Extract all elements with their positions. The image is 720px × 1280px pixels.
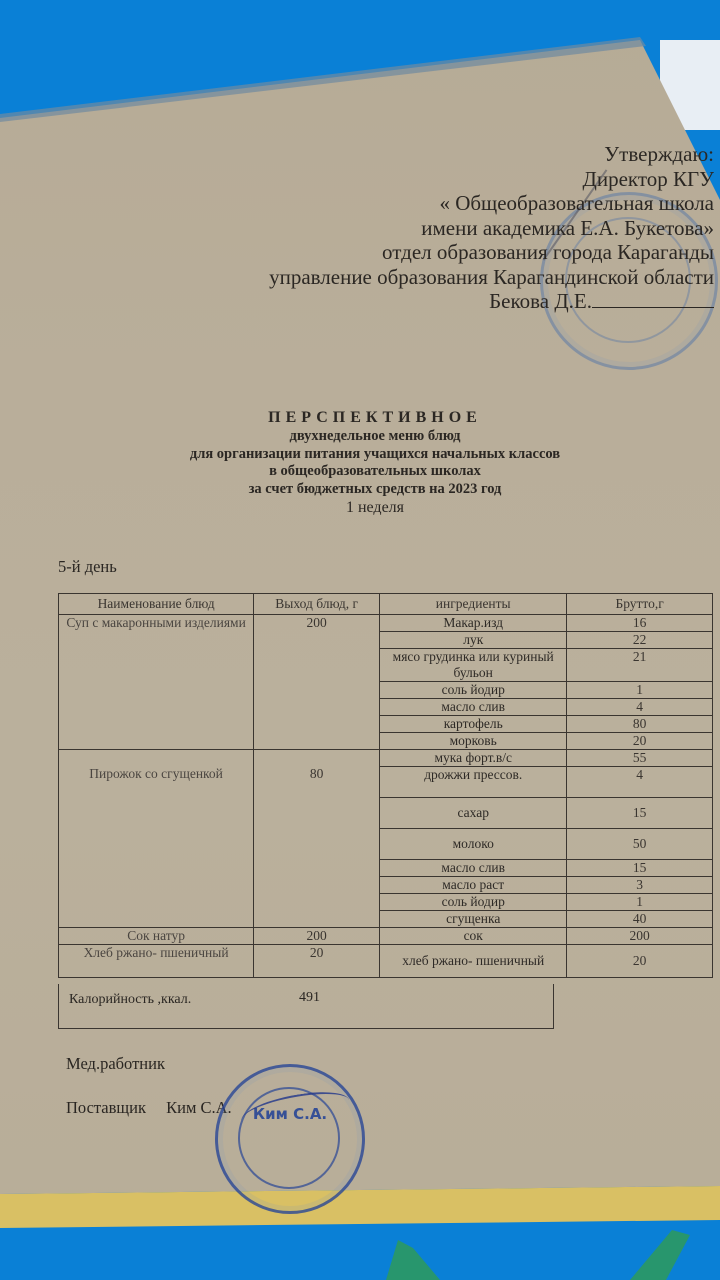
approval-block: Утверждаю: Директор КГУ « Общеобразовате… xyxy=(269,142,714,314)
dish-yield-cell: 20 xyxy=(254,945,380,978)
title-line: за счет бюджетных средств на 2023 год xyxy=(150,481,600,499)
table-row: Суп с макаронными изделиями200Макар.изд1… xyxy=(59,615,713,632)
approval-line: Утверждаю: xyxy=(269,142,714,167)
title-main: ПЕРСПЕКТИВНОЕ xyxy=(150,408,600,428)
approval-line: Директор КГУ xyxy=(269,167,714,192)
ingredient-gross-cell: 200 xyxy=(567,928,713,945)
ingredient-name-cell: соль йодир xyxy=(380,894,567,911)
ingredient-name-cell: мясо грудинка или куриный бульон xyxy=(380,649,567,682)
ingredient-gross-cell: 15 xyxy=(567,860,713,877)
plant-leaf xyxy=(380,1240,440,1280)
supplier-label: Поставщик xyxy=(66,1098,146,1117)
calorie-label: Калорийность ,ккал. xyxy=(69,992,191,1008)
ingredient-gross-cell: 80 xyxy=(567,716,713,733)
ingredient-name-cell: масло раст xyxy=(380,877,567,894)
ingredient-name-cell: хлеб ржано- пшеничный xyxy=(380,945,567,978)
signature-line xyxy=(592,289,714,308)
plant-leaf xyxy=(630,1230,690,1280)
header-ingredients: ингредиенты xyxy=(380,594,567,615)
signatory-name: Бекова Д.Е. xyxy=(489,289,592,313)
ingredient-gross-cell: 4 xyxy=(567,767,713,798)
ingredient-gross-cell: 4 xyxy=(567,699,713,716)
calorie-value: 491 xyxy=(299,990,320,1006)
ingredient-name-cell: масло слив xyxy=(380,699,567,716)
calorie-row: Калорийность ,ккал. 491 xyxy=(58,984,554,1029)
header-dish-name: Наименование блюд xyxy=(59,594,254,615)
approval-signatory: Бекова Д.Е. xyxy=(269,289,714,314)
supplier-seal-stamp: Ким С.А. xyxy=(215,1064,365,1214)
ingredient-gross-cell: 40 xyxy=(567,911,713,928)
dish-name-cell: Хлеб ржано- пшеничный xyxy=(59,945,254,978)
dish-name-cell: Сок натур xyxy=(59,928,254,945)
week-label: 1 неделя xyxy=(150,498,600,518)
ingredient-name-cell: морковь xyxy=(380,733,567,750)
ingredient-name-cell: мука форт.в/с xyxy=(380,750,567,767)
ingredient-gross-cell: 20 xyxy=(567,945,713,978)
title-line: для организации питания учащихся начальн… xyxy=(150,446,600,464)
ingredient-name-cell: молоко xyxy=(380,829,567,860)
ingredient-gross-cell: 22 xyxy=(567,632,713,649)
table-row: Сок натур200сок200 xyxy=(59,928,713,945)
table-row: Пирожок со сгущенкой80мука форт.в/с55 xyxy=(59,750,713,767)
dish-name-cell: Пирожок со сгущенкой xyxy=(59,750,254,928)
menu-table: Наименование блюд Выход блюд, г ингредие… xyxy=(58,593,713,978)
day-label: 5-й день xyxy=(58,557,117,577)
ingredient-name-cell: масло слив xyxy=(380,860,567,877)
ingredient-gross-cell: 3 xyxy=(567,877,713,894)
ingredient-gross-cell: 1 xyxy=(567,682,713,699)
ingredient-gross-cell: 55 xyxy=(567,750,713,767)
title-line: в общеобразовательных школах xyxy=(150,463,600,481)
ingredient-gross-cell: 15 xyxy=(567,798,713,829)
ingredient-gross-cell: 16 xyxy=(567,615,713,632)
approval-line: управление образования Карагандинской об… xyxy=(269,265,714,290)
ingredient-name-cell: соль йодир xyxy=(380,682,567,699)
ingredient-name-cell: лук xyxy=(380,632,567,649)
ingredient-name-cell: дрожжи прессов. xyxy=(380,767,567,798)
document-title: ПЕРСПЕКТИВНОЕ двухнедельное меню блюд дл… xyxy=(150,408,600,518)
ingredient-name-cell: сок xyxy=(380,928,567,945)
header-gross: Брутто,г xyxy=(567,594,713,615)
ingredient-name-cell: Макар.изд xyxy=(380,615,567,632)
ingredient-name-cell: сахар xyxy=(380,798,567,829)
dish-yield-cell: 200 xyxy=(254,928,380,945)
dish-name-cell: Суп с макаронными изделиями xyxy=(59,615,254,750)
table-header-row: Наименование блюд Выход блюд, г ингредие… xyxy=(59,594,713,615)
table-row: Хлеб ржано- пшеничный20хлеб ржано- пшени… xyxy=(59,945,713,978)
header-yield: Выход блюд, г xyxy=(254,594,380,615)
title-line: двухнедельное меню блюд xyxy=(150,428,600,446)
approval-line: отдел образования города Караганды xyxy=(269,240,714,265)
approval-line: имени академика Е.А. Букетова» xyxy=(269,216,714,241)
dish-yield-cell: 200 xyxy=(254,615,380,750)
ingredient-gross-cell: 21 xyxy=(567,649,713,682)
ingredient-name-cell: картофель xyxy=(380,716,567,733)
approval-line: « Общеобразовательная школа xyxy=(269,191,714,216)
med-worker-label: Мед.работник xyxy=(66,1054,165,1074)
ingredient-gross-cell: 20 xyxy=(567,733,713,750)
dish-yield-cell: 80 xyxy=(254,750,380,928)
ingredient-gross-cell: 50 xyxy=(567,829,713,860)
ingredient-name-cell: сгущенка xyxy=(380,911,567,928)
ingredient-gross-cell: 1 xyxy=(567,894,713,911)
